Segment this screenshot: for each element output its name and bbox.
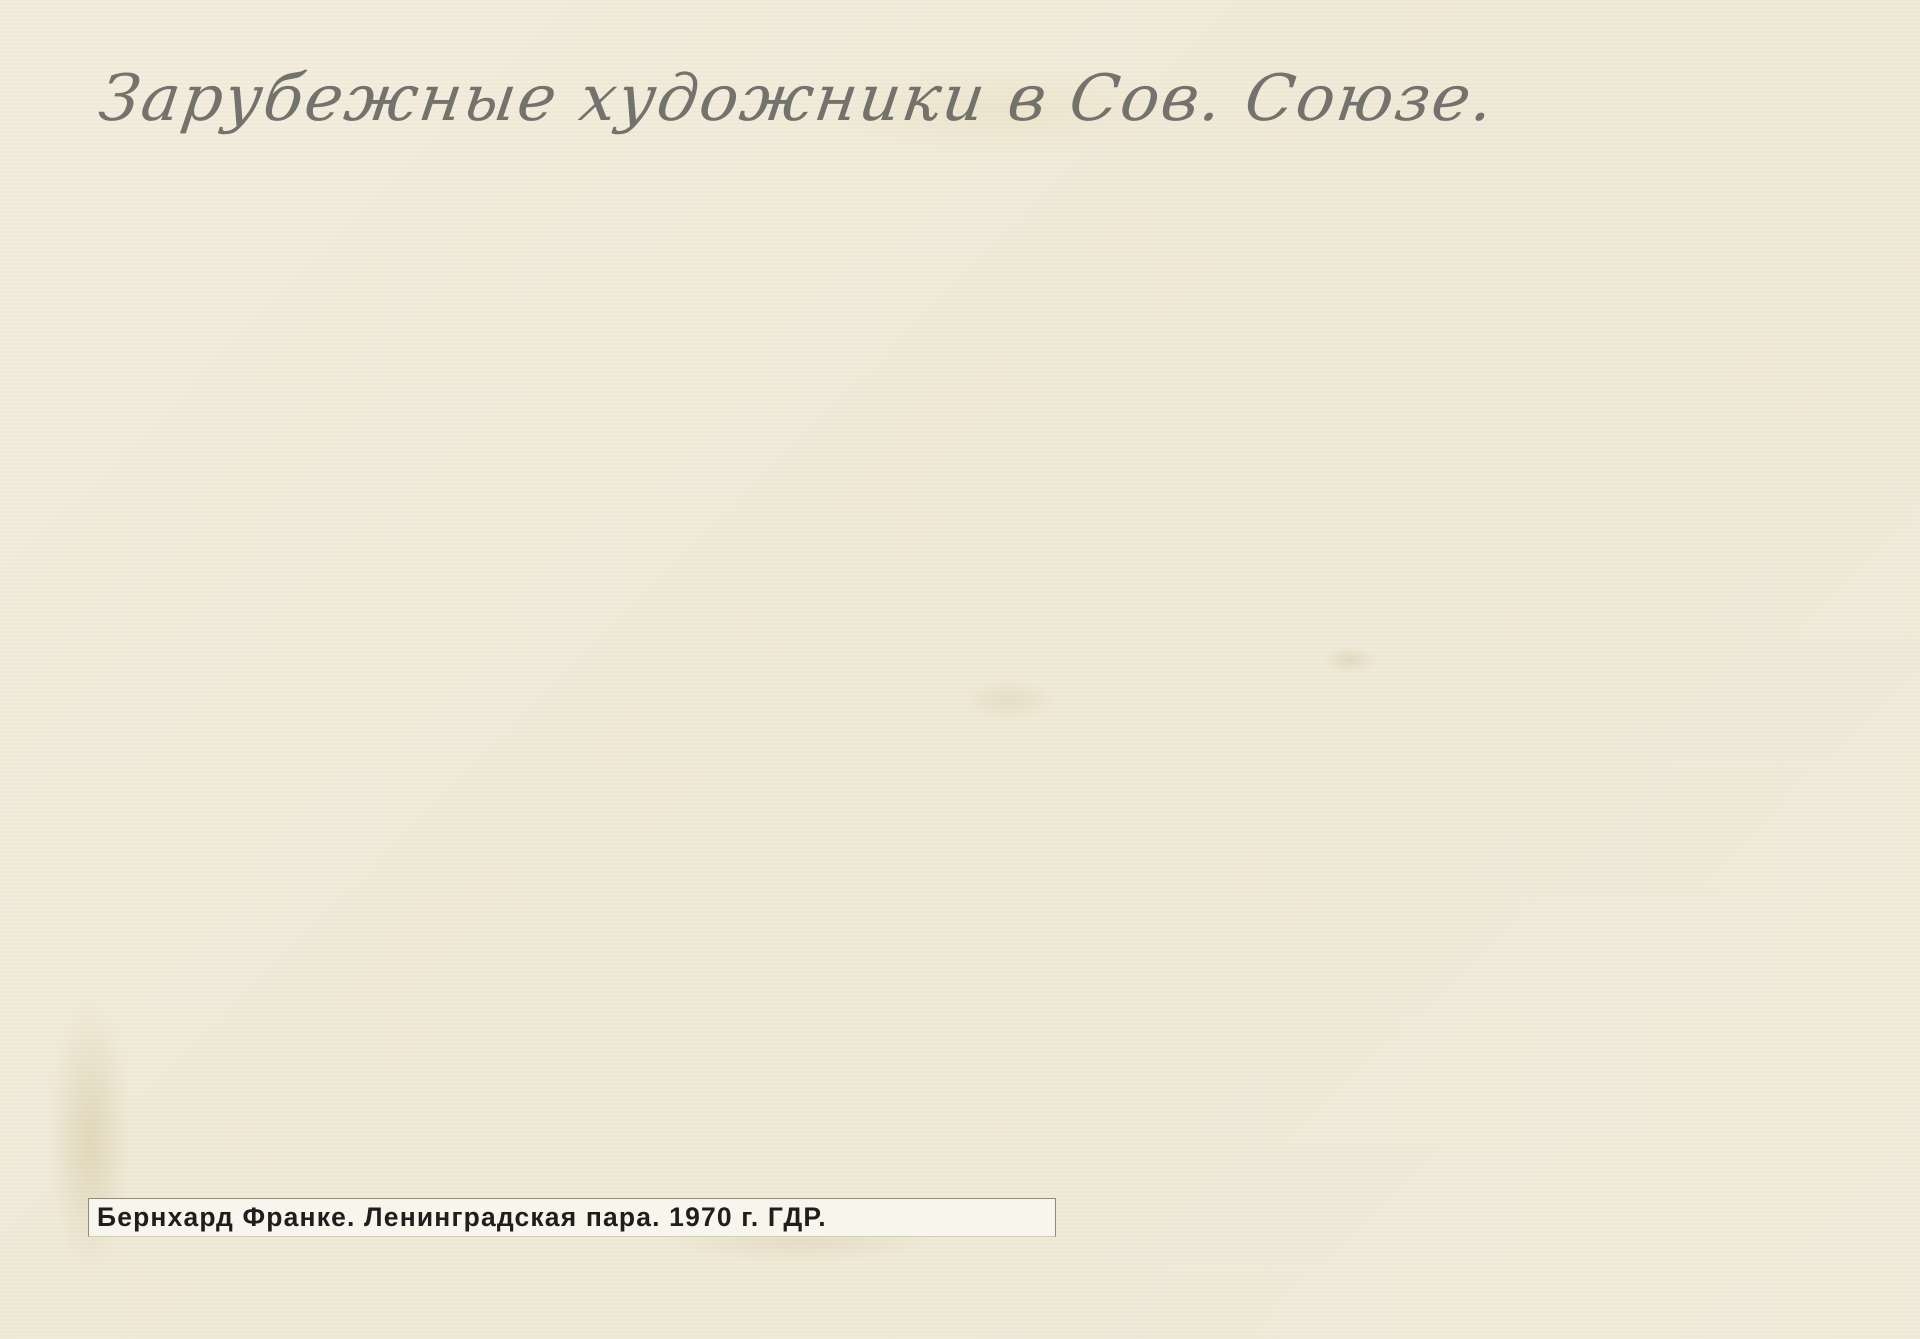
printed-caption: Бернхард Франке. Ленинградская пара. 197… [97,1202,827,1233]
printed-caption-strip: Бернхард Франке. Ленинградская пара. 197… [88,1198,1056,1237]
paper-background [0,0,1920,1339]
handwritten-note: Зарубежные художники в Сов. Союзе. [95,62,1500,136]
